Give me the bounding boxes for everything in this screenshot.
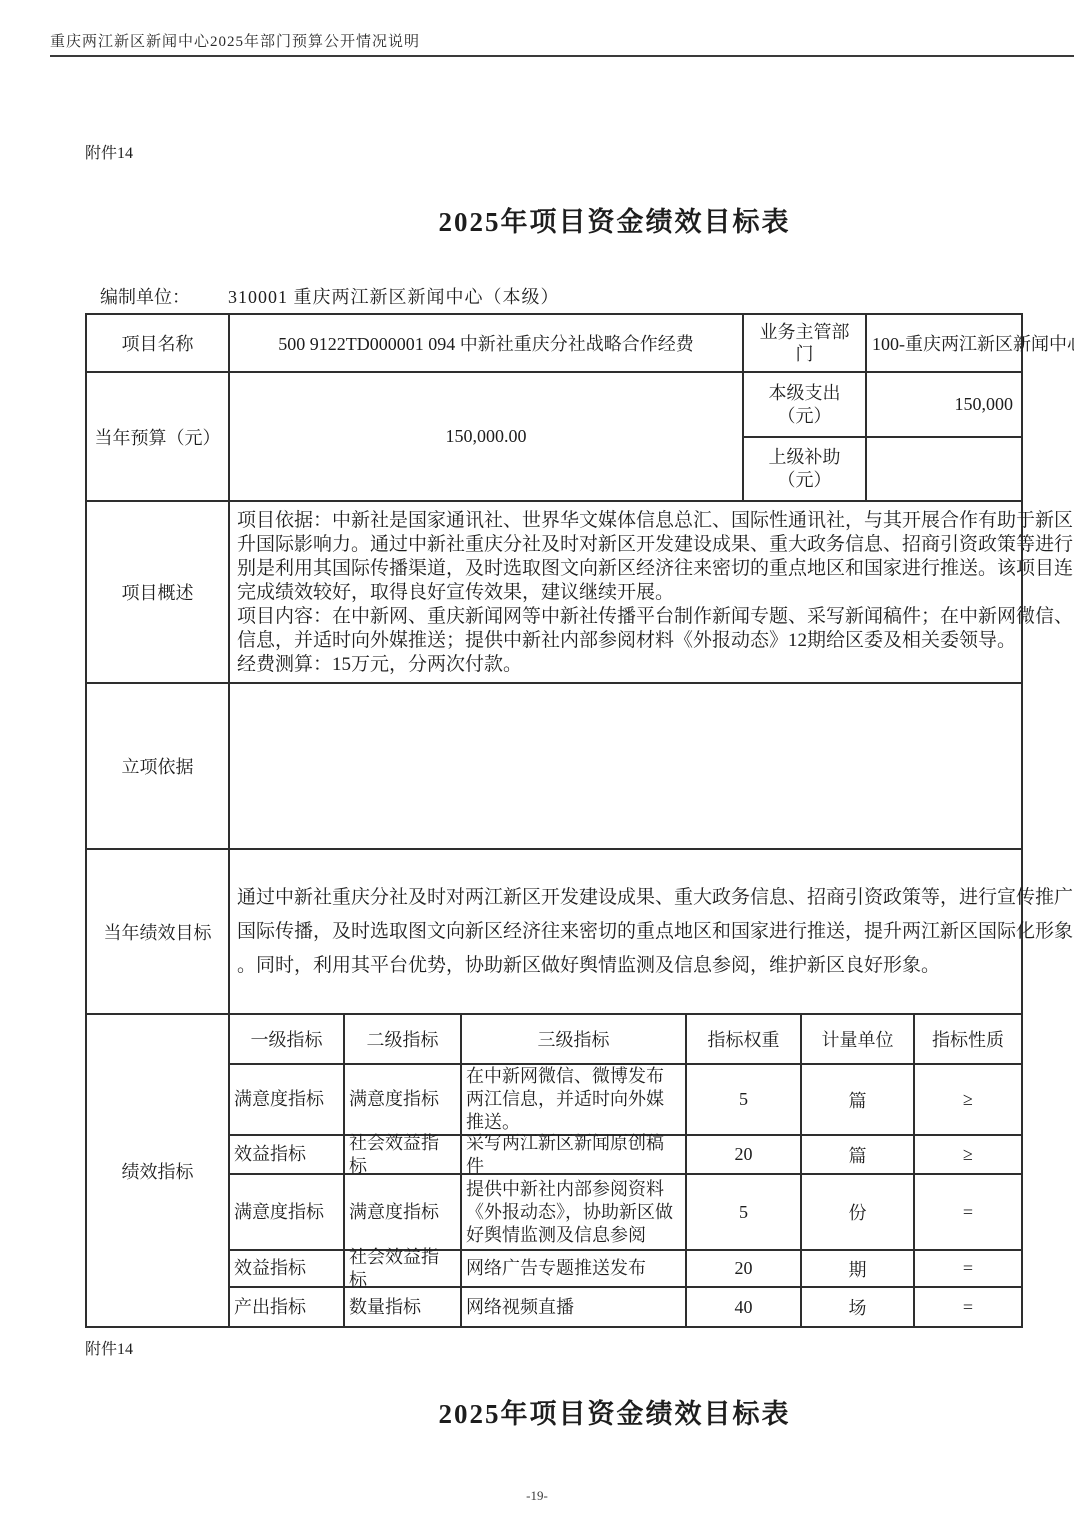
indicator-cell: 篇	[802, 1065, 915, 1136]
annual-budget-label: 当年预算（元）	[87, 373, 230, 502]
page-number: -19-	[0, 1488, 1074, 1504]
project-name-value: 500 9122TD000001 094 中新社重庆分社战略合作经费	[230, 315, 744, 373]
indicator-cell: 份	[802, 1175, 915, 1251]
indicator-cell: =	[915, 1288, 1021, 1326]
indicator-cell: 40	[687, 1288, 802, 1326]
indicator-header-unit: 计量单位	[802, 1015, 915, 1065]
attachment-label: 附件14	[85, 140, 133, 163]
indicator-cell: 满意度指标	[345, 1175, 462, 1251]
target-line: 国际传播，及时选取图文向新区经济往来密切的重点地区和国家进行推送，提升两江新区国…	[237, 915, 1021, 949]
indicator-header-weight: 指标权重	[687, 1015, 802, 1065]
overview-line: 升国际影响力。通过中新社重庆分社及时对新区开发建设成果、重大政务信息、招商引资政…	[237, 533, 1021, 557]
indicator-cell: 数量指标	[345, 1288, 462, 1326]
indicator-cell: 社会效益指标	[345, 1251, 462, 1288]
annual-target-label: 当年绩效目标	[87, 850, 230, 1015]
indicator-cell: 提供中新社内部参阅资料《外报动态》，协助新区做好舆情监测及信息参阅	[462, 1175, 687, 1251]
overview-line: 信息，并适时向外媒推送；提供中新社内部参阅材料《外报动态》12期给区委及相关委领…	[237, 629, 1021, 653]
superior-subsidy-label: 上级补助 （元）	[744, 438, 867, 502]
annual-budget-value: 150,000.00	[230, 373, 744, 502]
indicator-cell: 效益指标	[230, 1136, 345, 1175]
form-title: 2025年项目资金绩效目标表	[155, 1392, 1074, 1431]
indicator-cell: 在中新网微信、微博发布两江信息，并适时向外媒推送。	[462, 1065, 687, 1136]
project-overview-content: 项目依据：中新社是国家通讯社、世界华文媒体信息总汇、国际性通讯社，与其开展合作有…	[230, 502, 1021, 684]
overview-line: 别是利用其国际传播渠道，及时选取图文向新区经济往来密切的重点地区和国家进行推送。…	[237, 557, 1021, 581]
indicator-cell: 效益指标	[230, 1251, 345, 1288]
document-header-title: 重庆两江新区新闻中心2025年部门预算公开情况说明	[50, 30, 420, 51]
attachment-label: 附件14	[85, 1336, 133, 1359]
supervisor-value: 100-重庆两江新区新闻中心	[867, 315, 1021, 373]
document-page: 重庆两江新区新闻中心2025年部门预算公开情况说明 附件14 2025年项目资金…	[0, 0, 1074, 1520]
target-line: 。同时，利用其平台优势，协助新区做好舆情监测及信息参阅，维护新区良好形象。	[237, 949, 1021, 983]
project-overview-label: 项目概述	[87, 502, 230, 684]
budget-table: 项目名称 500 9122TD000001 094 中新社重庆分社战略合作经费 …	[85, 313, 1023, 1328]
indicator-cell: 网络广告专题推送发布	[462, 1251, 687, 1288]
indicator-header-level3: 三级指标	[462, 1015, 687, 1065]
indicator-cell: 网络视频直播	[462, 1288, 687, 1326]
local-expenditure-value: 150,000	[867, 373, 1021, 438]
form-title: 2025年项目资金绩效目标表	[155, 200, 1074, 239]
local-expenditure-label: 本级支出 （元）	[744, 373, 867, 438]
indicators-table: 一级指标 二级指标 三级指标 指标权重 计量单位 指标性质 满意度指标 满意度指…	[230, 1015, 1021, 1326]
indicator-cell: 满意度指标	[345, 1065, 462, 1136]
project-name-label: 项目名称	[87, 315, 230, 373]
indicator-cell: =	[915, 1251, 1021, 1288]
indicator-cell: 产出指标	[230, 1288, 345, 1326]
project-basis-content	[230, 684, 1021, 850]
indicator-cell: ≥	[915, 1136, 1021, 1175]
indicator-cell: 满意度指标	[230, 1175, 345, 1251]
indicators-label: 绩效指标	[87, 1015, 230, 1326]
indicator-header-level1: 一级指标	[230, 1015, 345, 1065]
indicator-cell: 20	[687, 1251, 802, 1288]
indicator-cell: 篇	[802, 1136, 915, 1175]
indicator-cell: 社会效益指标	[345, 1136, 462, 1175]
prepared-by-line: 编制单位：310001 重庆两江新区新闻中心（本级）	[100, 283, 560, 309]
indicator-cell: 期	[802, 1251, 915, 1288]
indicator-header-nature: 指标性质	[915, 1015, 1021, 1065]
indicator-cell: 5	[687, 1175, 802, 1251]
supervisor-label: 业务主管部门	[744, 315, 867, 373]
indicator-cell: 20	[687, 1136, 802, 1175]
indicator-cell: 采写两江新区新闻原创稿件	[462, 1136, 687, 1175]
prepared-by-value: 310001 重庆两江新区新闻中心（本级）	[228, 287, 560, 307]
indicator-cell: 5	[687, 1065, 802, 1136]
indicator-cell: 场	[802, 1288, 915, 1326]
overview-line: 项目依据：中新社是国家通讯社、世界华文媒体信息总汇、国际性通讯社，与其开展合作有…	[237, 509, 1021, 533]
header-rule	[50, 55, 1074, 57]
indicator-header-level2: 二级指标	[345, 1015, 462, 1065]
indicator-cell: =	[915, 1175, 1021, 1251]
project-basis-label: 立项依据	[87, 684, 230, 850]
superior-subsidy-value	[867, 438, 1021, 502]
overview-line: 完成绩效较好，取得良好宣传效果，建议继续开展。	[237, 581, 1021, 605]
indicator-cell: ≥	[915, 1065, 1021, 1136]
indicator-cell: 满意度指标	[230, 1065, 345, 1136]
overview-line: 项目内容：在中新网、重庆新闻网等中新社传播平台制作新闻专题、采写新闻稿件；在中新…	[237, 605, 1021, 629]
overview-line: 经费测算：15万元，分两次付款。	[237, 653, 1021, 677]
target-line: 通过中新社重庆分社及时对两江新区开发建设成果、重大政务信息、招商引资政策等，进行…	[237, 881, 1021, 915]
annual-target-content: 通过中新社重庆分社及时对两江新区开发建设成果、重大政务信息、招商引资政策等，进行…	[230, 850, 1021, 1015]
prepared-by-label: 编制单位：	[100, 287, 190, 307]
